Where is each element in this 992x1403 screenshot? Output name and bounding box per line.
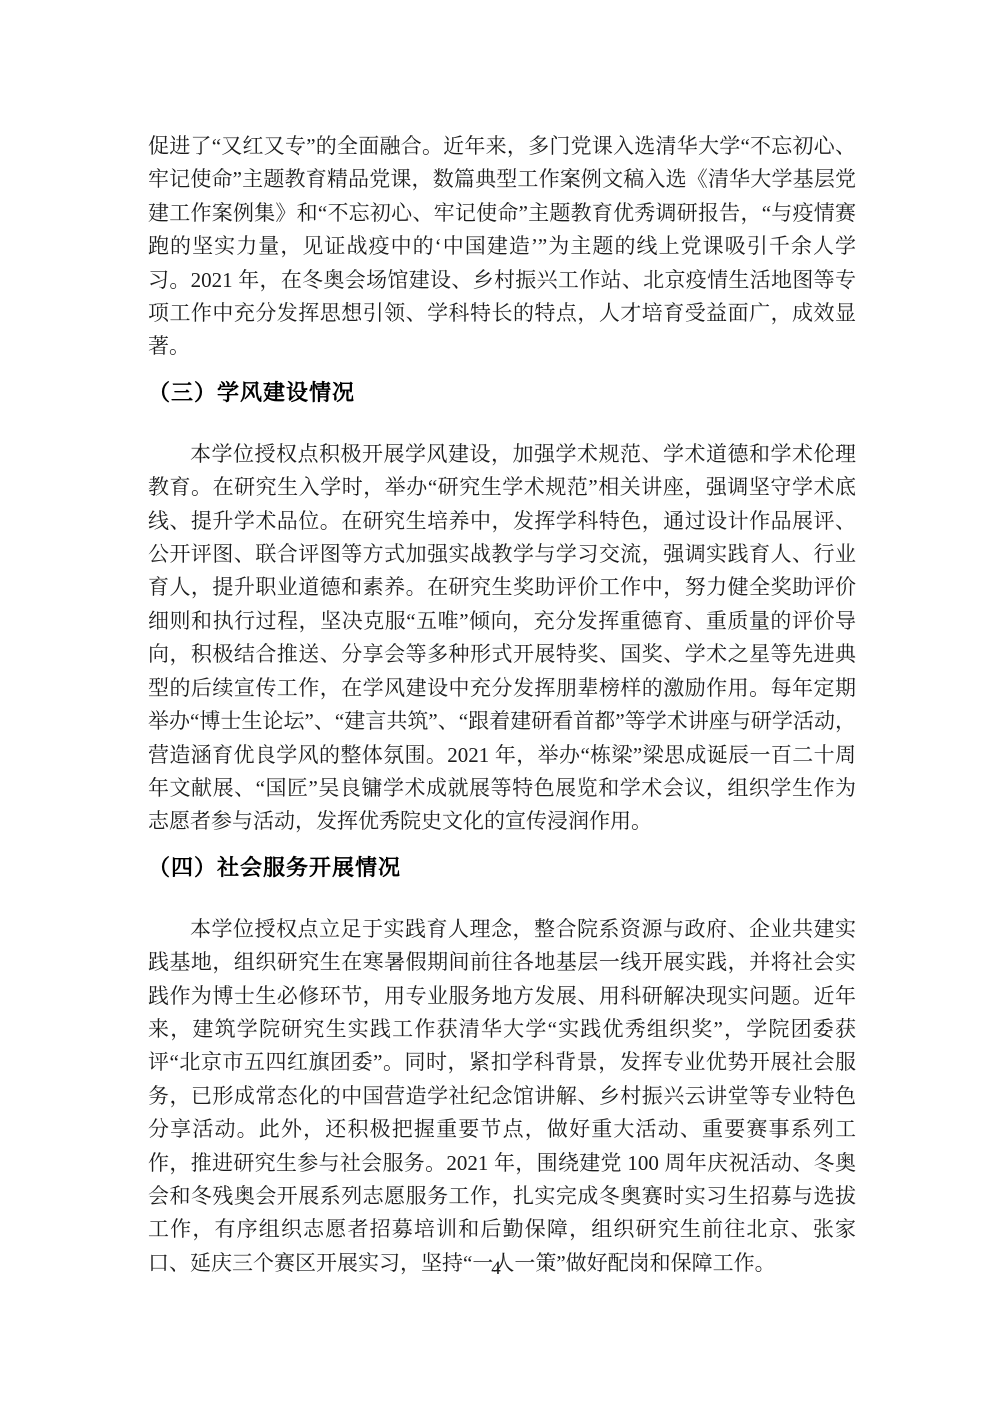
section-heading-academic-style: （三）学风建设情况 <box>148 377 856 408</box>
paragraph-social-service: 本学位授权点立足于实践育人理念，整合院系资源与政府、企业共建实践基地，组织研究生… <box>148 913 856 1280</box>
paragraph-academic-style: 本学位授权点积极开展学风建设，加强学术规范、学术道德和学术伦理教育。在研究生入学… <box>148 438 856 839</box>
section-heading-social-service: （四）社会服务开展情况 <box>148 852 856 883</box>
page-number: 4 <box>0 1258 992 1280</box>
document-page: 促进了“又红又专”的全面融合。近年来，多门党课入选清华大学“不忘初心、牢记使命”… <box>0 0 992 1403</box>
paragraph-party-building-continuation: 促进了“又红又专”的全面融合。近年来，多门党课入选清华大学“不忘初心、牢记使命”… <box>148 130 856 364</box>
page-body: 促进了“又红又专”的全面融合。近年来，多门党课入选清华大学“不忘初心、牢记使命”… <box>148 130 856 1280</box>
